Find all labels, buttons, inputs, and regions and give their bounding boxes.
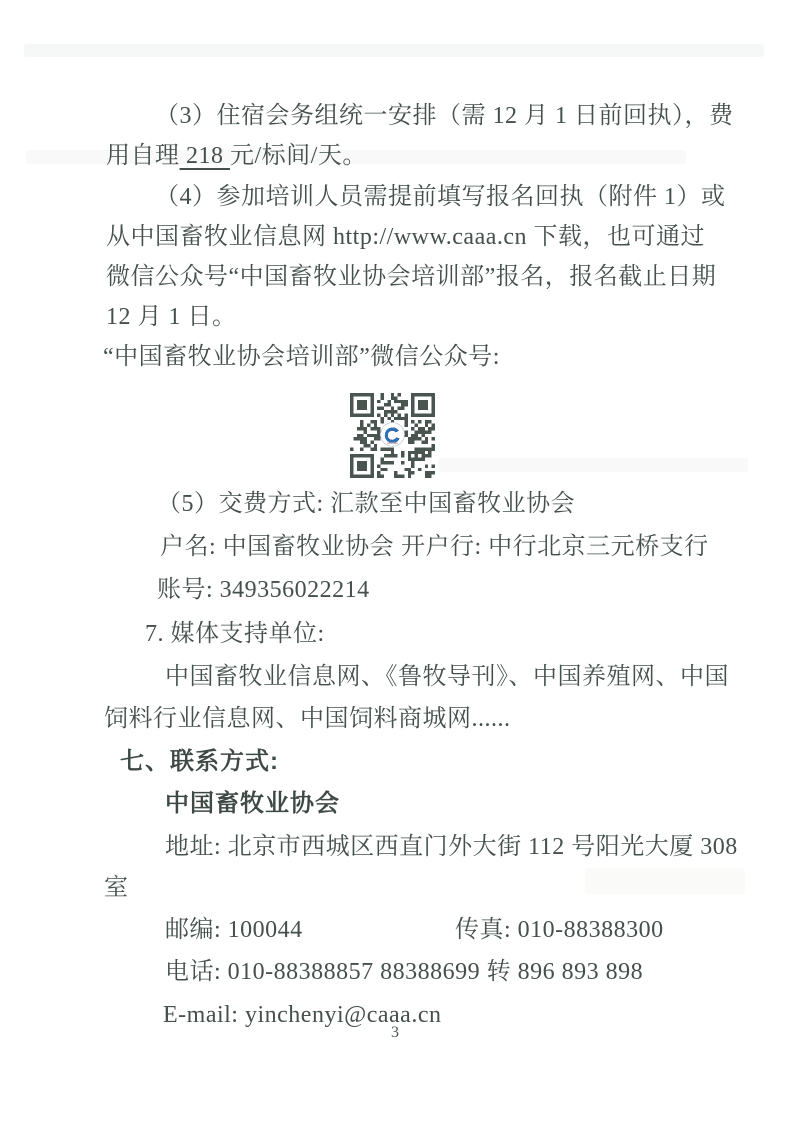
fee-prefix: 用自理: [106, 143, 180, 169]
bank-account-number: 账号: 349356022214: [157, 575, 370, 605]
phone-numbers: 电话: 010-88388857 88388699 转 896 893 898: [165, 957, 643, 987]
paragraph-4-line-3: 微信公众号“中国畜牧业协会培训部”报名，报名截止日期: [106, 262, 716, 292]
media-support-line-2: 饲料行业信息网、中国饲料商城网......: [104, 704, 511, 734]
media-support-line-1: 中国畜牧业信息网、《鲁牧导刊》、中国养殖网、中国: [165, 662, 729, 692]
bank-branch: 开户行: 中行北京三元桥支行: [401, 532, 709, 562]
paragraph-4-line-2: 从中国畜牧业信息网 http://www.caaa.cn 下载，也可通过: [106, 222, 705, 252]
paragraph-3-line-1: （3）住宿会务组统一安排（需 12 月 1 日前回执），费: [155, 101, 734, 131]
postcode: 邮编: 100044: [165, 915, 303, 945]
paragraph-4-line-1: （4）参加培训人员需提前填写报名回执（附件 1）或: [155, 182, 726, 212]
email-address: E-mail: yinchenyi@caaa.cn: [163, 1000, 441, 1030]
bank-account-name: 户名: 中国畜牧业协会: [160, 532, 394, 562]
contact-section-heading: 七、联系方式:: [120, 747, 279, 777]
paragraph-5-line-1: （5）交费方式: 汇款至中国畜牧业协会: [157, 489, 575, 519]
scan-artifact: [438, 458, 748, 472]
wechat-qr-code: [350, 393, 435, 478]
scan-artifact: [585, 868, 745, 894]
fax-number: 传真: 010-88388300: [455, 915, 664, 945]
address-line-1: 地址: 北京市西城区西直门外大街 112 号阳光大厦 308: [165, 832, 738, 862]
organization-name: 中国畜牧业协会: [165, 789, 340, 819]
qr-code-image: [350, 393, 435, 478]
document-page: （3）住宿会务组统一安排（需 12 月 1 日前回执），费 用自理 218 元/…: [0, 0, 800, 1131]
fee-suffix: 元/标间/天。: [230, 143, 367, 169]
scan-artifact: [24, 44, 764, 57]
paragraph-3-line-2: 用自理 218 元/标间/天。: [106, 141, 367, 171]
page-number: 3: [391, 1024, 399, 1042]
wechat-account-label: “中国畜牧业协会培训部”微信公众号:: [103, 342, 500, 372]
address-line-2: 室: [104, 873, 129, 903]
paragraph-4-line-4: 12 月 1 日。: [106, 302, 237, 332]
media-support-heading: 7. 媒体支持单位:: [145, 619, 325, 649]
fee-amount: 218: [180, 143, 231, 169]
